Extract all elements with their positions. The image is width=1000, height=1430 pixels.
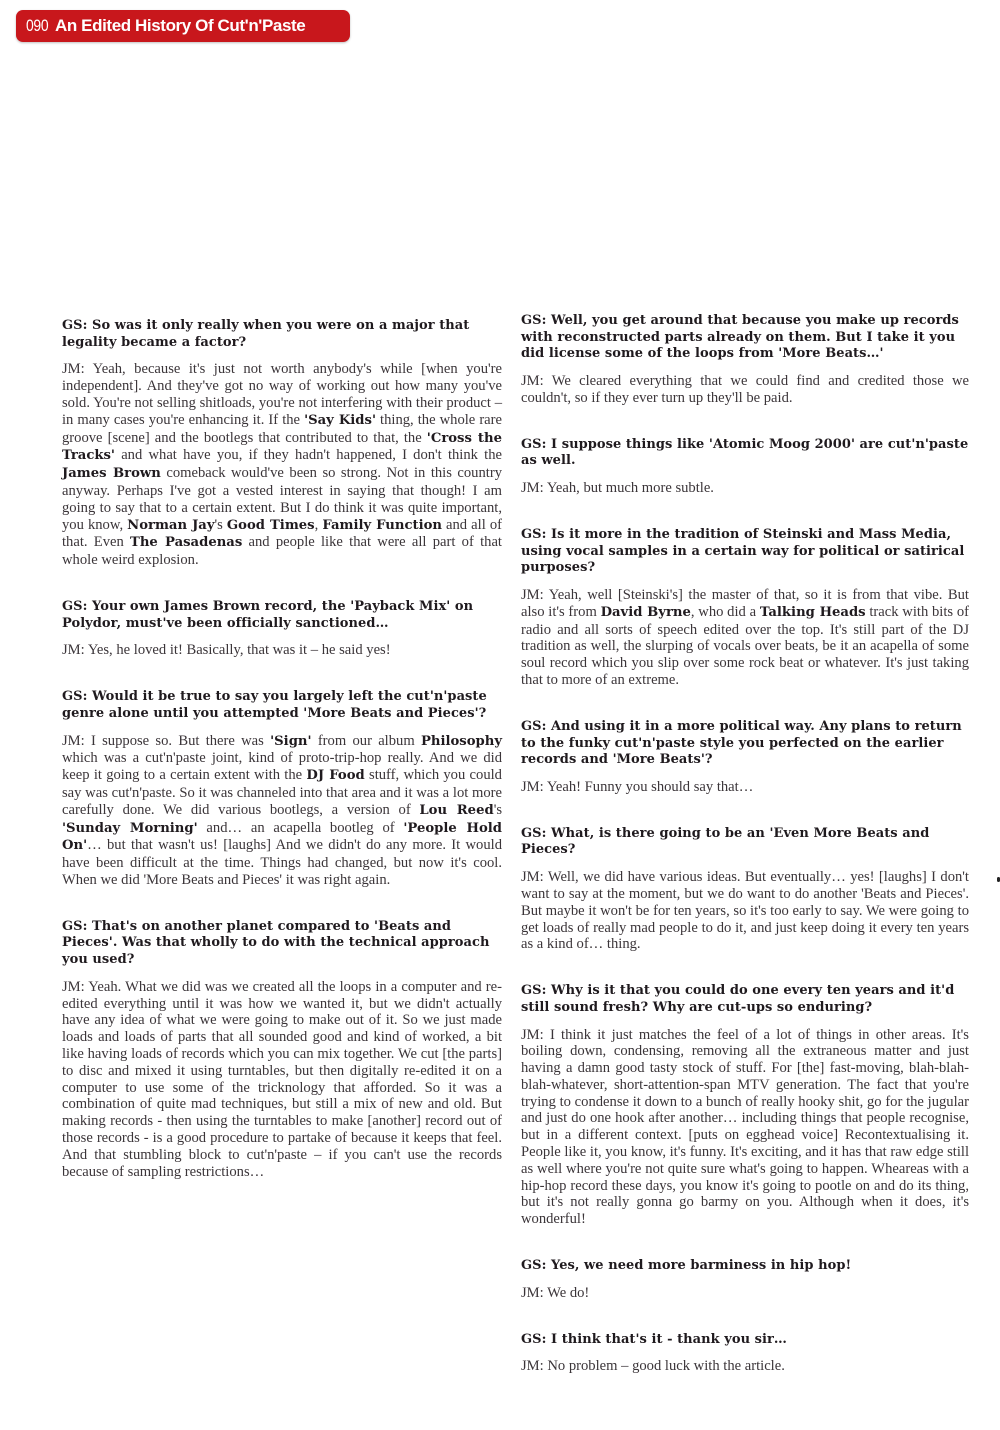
interview-answer: JM: Yeah. What we did was we created all… [62,979,502,1181]
article-title: An Edited History Of Cut'n'Paste [55,16,305,36]
answer-text: , who did a [691,604,760,620]
right-column: GS: Well, you get around that because yo… [521,313,969,1405]
answer-text: JM: Yeah. What we did was we created all… [62,979,502,1180]
interview-question: GS: That's on another planet compared to… [62,919,502,969]
answer-text: JM: Well, we did have various ideas. But… [521,869,969,952]
bold-reference: The Pasadenas [130,535,242,550]
answer-text: JM: We do! [521,1285,589,1301]
interview-exchange: GS: That's on another planet compared to… [62,919,502,1181]
interview-exchange: GS: What, is there going to be an 'Even … [521,826,969,953]
interview-question: GS: Your own James Brown record, the 'Pa… [62,599,502,632]
interview-exchange: GS: Is it more in the tradition of Stein… [521,527,969,689]
interview-answer: JM: Yeah, because it's just not worth an… [62,361,502,569]
answer-text: and… an acapella bootleg of [198,820,404,836]
interview-exchange: GS: I suppose things like 'Atomic Moog 2… [521,437,969,497]
interview-exchange: GS: Your own James Brown record, the 'Pa… [62,599,502,659]
interview-answer: JM: No problem – good luck with the arti… [521,1358,969,1375]
interview-exchange: GS: So was it only really when you were … [62,318,502,569]
answer-text: JM: No problem – good luck with the arti… [521,1358,785,1374]
interview-exchange: GS: And using it in a more political way… [521,719,969,796]
interview-answer: JM: Yeah! Funny you should say that… [521,779,969,796]
interview-answer: JM: We cleared everything that we could … [521,373,969,407]
bold-reference: DJ Food [306,768,364,783]
interview-question: GS: Why is it that you could do one ever… [521,983,969,1016]
page-header-tab: 090 An Edited History Of Cut'n'Paste [16,10,350,42]
interview-exchange: GS: Would it be true to say you largely … [62,689,502,889]
interview-answer: JM: We do! [521,1285,969,1302]
interview-question: GS: Yes, we need more barminess in hip h… [521,1258,969,1275]
interview-question: GS: I suppose things like 'Atomic Moog 2… [521,437,969,470]
interview-question: GS: So was it only really when you were … [62,318,502,351]
answer-text: 's [215,517,227,533]
bold-reference: Good Times [227,518,315,533]
bold-reference: Talking Heads [760,605,866,620]
interview-exchange: GS: I think that's it - thank you sir…JM… [521,1332,969,1376]
interview-answer: JM: Yeah, but much more subtle. [521,480,969,497]
answer-text: from our album [312,733,421,749]
interview-answer: JM: Well, we did have various ideas. But… [521,869,969,953]
bold-reference: Philosophy [421,734,502,749]
interview-answer: JM: I think it just matches the feel of … [521,1027,969,1229]
interview-exchange: GS: Well, you get around that because yo… [521,313,969,407]
bold-reference: Family Function [322,518,442,533]
answer-text: 's [494,802,502,818]
interview-exchange: GS: Why is it that you could do one ever… [521,983,969,1228]
interview-answer: JM: I suppose so. But there was 'Sign' f… [62,733,502,889]
answer-text: and what have you, if they hadn't happen… [115,447,502,463]
bold-reference: Norman Jay [127,518,214,533]
interview-answer: JM: Yes, he loved it! Basically, that wa… [62,642,502,659]
page-number: 090 [26,16,46,36]
interview-question: GS: Would it be true to say you largely … [62,689,502,722]
interview-question: GS: Is it more in the tradition of Stein… [521,527,969,577]
answer-text: JM: Yes, he loved it! Basically, that wa… [62,642,391,658]
bold-reference: 'Say Kids' [304,413,376,428]
interview-question: GS: What, is there going to be an 'Even … [521,826,969,859]
bold-reference: 'Sunday Morning' [62,821,198,836]
interview-question: GS: And using it in a more political way… [521,719,969,769]
bold-reference: James Brown [62,466,161,481]
bold-reference: 'Sign' [270,734,311,749]
answer-text: JM: I think it just matches the feel of … [521,1027,969,1228]
answer-text: … but that wasn't us! [laughs] And we di… [62,837,502,888]
interview-answer: JM: Yeah, well [Steinski's] the master o… [521,587,969,689]
answer-text: JM: Yeah, but much more subtle. [521,480,714,496]
answer-text: JM: I suppose so. But there was [62,733,270,749]
bold-reference: Lou Reed [419,803,493,818]
answer-text: JM: Yeah! Funny you should say that… [521,779,753,795]
interview-question: GS: Well, you get around that because yo… [521,313,969,363]
bold-reference: David Byrne [601,605,691,620]
answer-text: JM: We cleared everything that we could … [521,373,969,406]
left-column: GS: So was it only really when you were … [62,318,502,1210]
interview-exchange: GS: Yes, we need more barminess in hip h… [521,1258,969,1302]
interview-question: GS: I think that's it - thank you sir… [521,1332,969,1349]
